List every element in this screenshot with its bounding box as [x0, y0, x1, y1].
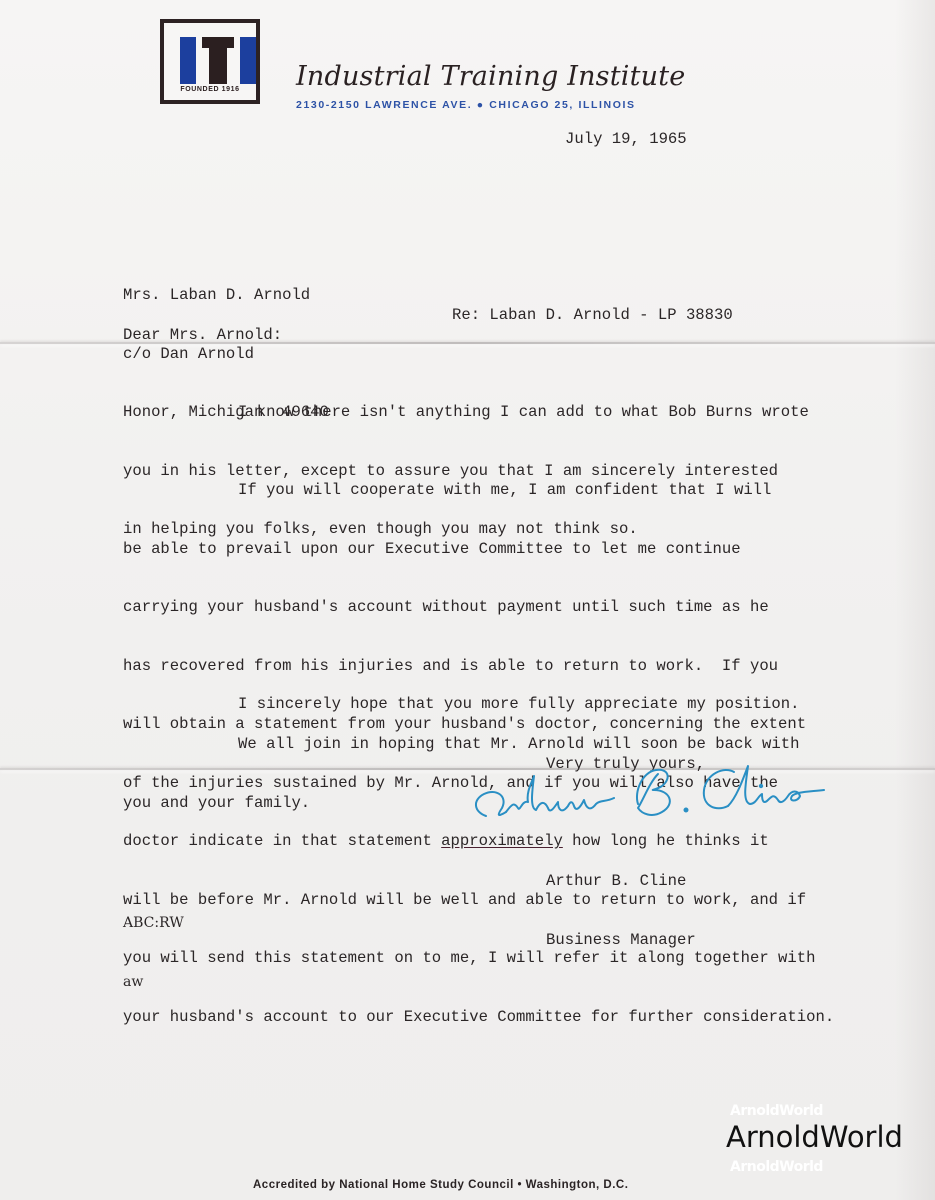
letterhead-footer: Accredited by National Home Study Counci… [253, 1179, 628, 1191]
handwritten-signature [466, 752, 836, 832]
body-line: your husband's account to our Executive … [123, 1008, 834, 1028]
signer-block: Arthur B. Cline Business Manager [546, 833, 696, 970]
iti-logo: FOUNDED 1916 [160, 19, 260, 104]
watermark-main: ArnoldWorld [726, 1120, 903, 1154]
body-line: If you will cooperate with me, I am conf… [238, 481, 771, 499]
body-line: you will send this statement on to me, I… [123, 949, 834, 969]
recipient-line: c/o Dan Arnold [123, 345, 329, 365]
recipient-line: Mrs. Laban D. Arnold [123, 286, 329, 306]
salutation: Dear Mrs. Arnold: [123, 326, 282, 346]
body-line: will be before Mr. Arnold will be well a… [123, 891, 834, 911]
watermark-small-bottom: ArnoldWorld [730, 1159, 823, 1175]
signer-title: Business Manager [546, 931, 696, 951]
logo-letter-t-stem [209, 37, 227, 84]
letter-date: July 19, 1965 [565, 130, 687, 150]
reference-line: Re: Laban D. Arnold - LP 38830 [452, 306, 733, 326]
logo-founded-caption: FOUNDED 1916 [164, 86, 256, 93]
body-line: be able to prevail upon our Executive Co… [123, 540, 834, 560]
logo-letter-i-left [180, 37, 196, 84]
initials-line: aw [123, 973, 184, 993]
body-line: We all join in hoping that Mr. Arnold wi… [238, 735, 799, 753]
underlined-word: approximately [441, 832, 563, 850]
organization-address: 2130-2150 LAWRENCE AVE. ● CHICAGO 25, IL… [296, 99, 636, 111]
organization-name: Industrial Training Institute [296, 61, 685, 92]
signer-name: Arthur B. Cline [546, 872, 696, 892]
initials-line: ABC:RW [123, 914, 184, 934]
reference-initials: ABC:RW aw [123, 875, 184, 1012]
body-line: carrying your husband's account without … [123, 598, 834, 618]
watermark-small-top: ArnoldWorld [730, 1103, 823, 1119]
body-line: doctor indicate in that statement approx… [123, 832, 834, 852]
body-line: I know there isn't anything I can add to… [238, 403, 809, 421]
logo-letter-i-right [240, 37, 256, 84]
